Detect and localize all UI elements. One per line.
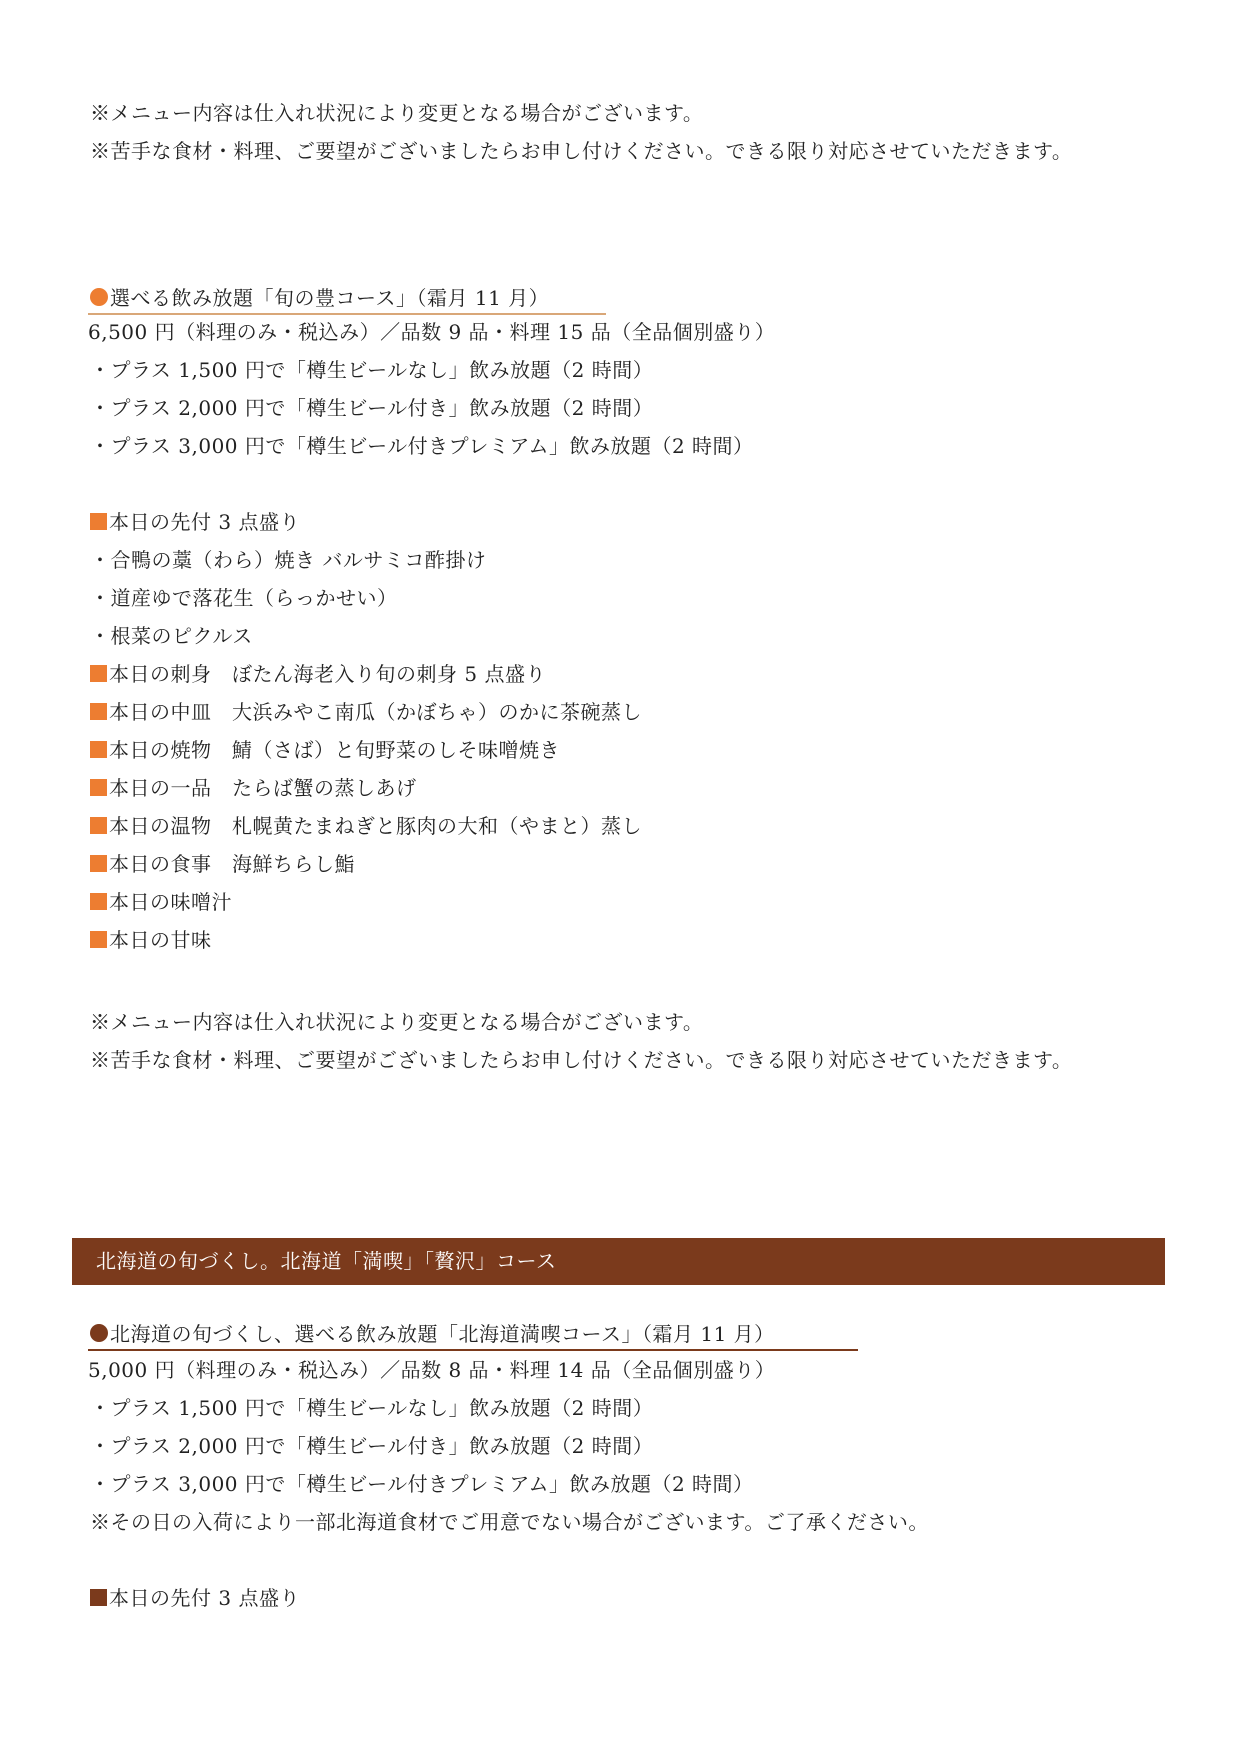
- course1-option: ・プラス 3,000 円で「樽生ビール付きプレミアム」飲み放題（2 時間）: [90, 434, 754, 458]
- menu-heading-text: 本日の温物 札幌黄たまねぎと豚肉の大和（やまと）蒸し: [109, 814, 642, 838]
- note-line: ※メニュー内容は仕入れ状況により変更となる場合がございます。: [90, 94, 1150, 132]
- course1-option: ・プラス 1,500 円で「樽生ビールなし」飲み放題（2 時間）: [90, 358, 653, 382]
- menu-sub-item: ・根菜のピクルス: [90, 624, 253, 648]
- course1-title: 選べる飲み放題「旬の豊コース」（霜月 11 月）: [90, 286, 549, 310]
- menu-heading-text: 本日の一品 たらば蟹の蒸しあげ: [109, 776, 417, 800]
- menu-heading-text: 本日の甘味: [109, 928, 212, 952]
- orange-square-icon: [90, 741, 107, 758]
- course1-title-underline: [88, 313, 606, 315]
- course1-price: 6,500 円（料理のみ・税込み）／品数 9 品・料理 15 品（全品個別盛り）: [88, 320, 775, 344]
- menu-heading: 本日の焼物 鯖（さば）と旬野菜のしそ味噌焼き: [90, 738, 560, 762]
- orange-square-icon: [90, 779, 107, 796]
- course2-title: 北海道の旬づくし、選べる飲み放題「北海道満喫コース」（霜月 11 月）: [90, 1322, 775, 1346]
- menu-heading: 本日の味噌汁: [90, 890, 232, 914]
- menu-sub-item: ・道産ゆで落花生（らっかせい）: [90, 586, 398, 610]
- note-line: ※苦手な食材・料理、ご要望がございましたらお申し付けください。できる限り対応させ…: [90, 132, 1150, 170]
- note-line: ※苦手な食材・料理、ご要望がございましたらお申し付けください。できる限り対応させ…: [90, 1041, 1150, 1079]
- course2-price: 5,000 円（料理のみ・税込み）／品数 8 品・料理 14 品（全品個別盛り）: [88, 1358, 775, 1382]
- orange-square-icon: [90, 665, 107, 682]
- menu-heading-text: 本日の中皿 大浜みやこ南瓜（かぼちゃ）のかに茶碗蒸し: [109, 700, 642, 724]
- orange-square-icon: [90, 893, 107, 910]
- orange-square-icon: [90, 817, 107, 834]
- menu-heading-text: 本日の刺身 ぼたん海老入り旬の刺身 5 点盛り: [109, 662, 546, 686]
- brown-square-icon: [90, 1589, 107, 1606]
- course2-title-text: 北海道の旬づくし、選べる飲み放題「北海道満喫コース」（霜月 11 月）: [110, 1322, 775, 1346]
- brown-circle-icon: [90, 1324, 108, 1342]
- menu-heading: 本日の温物 札幌黄たまねぎと豚肉の大和（やまと）蒸し: [90, 814, 642, 838]
- menu-heading: 本日の食事 海鮮ちらし鮨: [90, 852, 355, 876]
- course2-option: ・プラス 1,500 円で「樽生ビールなし」飲み放題（2 時間）: [90, 1396, 653, 1420]
- menu-heading-text: 本日の先付 3 点盛り: [109, 510, 300, 534]
- orange-circle-icon: [90, 288, 108, 306]
- menu-heading: 本日の中皿 大浜みやこ南瓜（かぼちゃ）のかに茶碗蒸し: [90, 700, 642, 724]
- orange-square-icon: [90, 931, 107, 948]
- course1-title-text: 選べる飲み放題「旬の豊コース」（霜月 11 月）: [110, 286, 549, 310]
- course1-option: ・プラス 2,000 円で「樽生ビール付き」飲み放題（2 時間）: [90, 396, 653, 420]
- section-header: 北海道の旬づくし。北海道「満喫」「贅沢」コース: [72, 1238, 1165, 1285]
- course2-note: ※その日の入荷により一部北海道食材でご用意でない場合がございます。ご了承ください…: [90, 1510, 929, 1534]
- course1-notes: ※メニュー内容は仕入れ状況により変更となる場合がございます。 ※苦手な食材・料理…: [90, 1003, 1150, 1079]
- course2-option: ・プラス 2,000 円で「樽生ビール付き」飲み放題（2 時間）: [90, 1434, 653, 1458]
- menu-heading: 本日の甘味: [90, 928, 212, 952]
- menu-heading: 本日の刺身 ぼたん海老入り旬の刺身 5 点盛り: [90, 662, 546, 686]
- menu-heading: 本日の一品 たらば蟹の蒸しあげ: [90, 776, 417, 800]
- course2-title-underline: [88, 1349, 858, 1351]
- menu-heading-text: 本日の食事 海鮮ちらし鮨: [109, 852, 355, 876]
- notes-top: ※メニュー内容は仕入れ状況により変更となる場合がございます。 ※苦手な食材・料理…: [90, 94, 1150, 170]
- orange-square-icon: [90, 703, 107, 720]
- orange-square-icon: [90, 855, 107, 872]
- menu-heading: 本日の先付 3 点盛り: [90, 1586, 300, 1610]
- note-line: ※メニュー内容は仕入れ状況により変更となる場合がございます。: [90, 1003, 1150, 1041]
- menu-heading-text: 本日の先付 3 点盛り: [109, 1586, 300, 1610]
- menu-heading: 本日の先付 3 点盛り: [90, 510, 300, 534]
- menu-heading-text: 本日の味噌汁: [109, 890, 232, 914]
- menu-sub-item: ・合鴨の藁（わら）焼き バルサミコ酢掛け: [90, 548, 486, 572]
- menu-heading-text: 本日の焼物 鯖（さば）と旬野菜のしそ味噌焼き: [109, 738, 560, 762]
- course2-option: ・プラス 3,000 円で「樽生ビール付きプレミアム」飲み放題（2 時間）: [90, 1472, 754, 1496]
- orange-square-icon: [90, 513, 107, 530]
